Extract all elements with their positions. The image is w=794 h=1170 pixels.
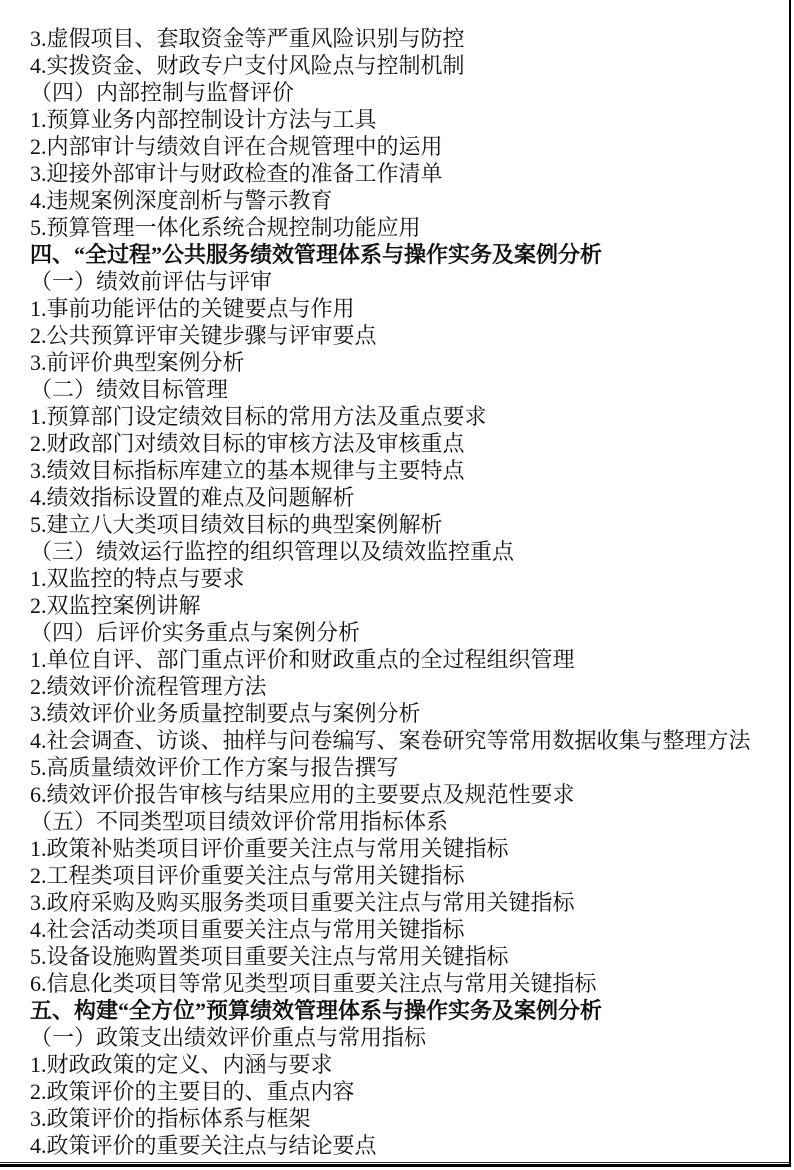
document-page: 3.虚假项目、套取资金等严重风险识别与防控4.实拨资金、财政专户支付风险点与控制… xyxy=(0,0,794,1170)
outline-line: 3.前评价典型案例分析 xyxy=(30,349,780,376)
outline-line: 5.设备设施购置类项目重要关注点与常用关键指标 xyxy=(30,943,780,970)
outline-line: 1.财政政策的定义、内涵与要求 xyxy=(30,1051,780,1078)
outline-line: 4.政策评价的重要关注点与结论要点 xyxy=(30,1132,780,1159)
outline-line: 3.政府采购及购买服务类项目重要关注点与常用关键指标 xyxy=(30,889,780,916)
outline-line: 5.高质量绩效评价工作方案与报告撰写 xyxy=(30,754,780,781)
outline-line: （一）政策支出绩效评价重点与常用指标 xyxy=(30,1024,780,1051)
outline-line: 3.绩效评价业务质量控制要点与案例分析 xyxy=(30,700,780,727)
outline-line: 4.实拨资金、财政专户支付风险点与控制机制 xyxy=(30,52,780,79)
document-outline: 3.虚假项目、套取资金等严重风险识别与防控4.实拨资金、财政专户支付风险点与控制… xyxy=(30,25,780,1159)
outline-line: 2.双监控案例讲解 xyxy=(30,592,780,619)
outline-line: 6.绩效评价报告审核与结果应用的主要要点及规范性要求 xyxy=(30,781,780,808)
outline-line: （二）绩效目标管理 xyxy=(30,376,780,403)
outline-line: （一）绩效前评估与评审 xyxy=(30,268,780,295)
outline-line: 1.预算部门设定绩效目标的常用方法及重点要求 xyxy=(30,403,780,430)
outline-line: 1.预算业务内部控制设计方法与工具 xyxy=(30,106,780,133)
outline-line: 2.工程类项目评价重要关注点与常用关键指标 xyxy=(30,862,780,889)
outline-line: 2.公共预算评审关键步骤与评审要点 xyxy=(30,322,780,349)
outline-line: 6.信息化类项目等常见类型项目重要关注点与常用关键指标 xyxy=(30,970,780,997)
outline-line: 4.违规案例深度剖析与警示教育 xyxy=(30,187,780,214)
outline-line: 4.绩效指标设置的难点及问题解析 xyxy=(30,484,780,511)
outline-line: 2.绩效评价流程管理方法 xyxy=(30,673,780,700)
outline-line: 4.社会调查、访谈、抽样与问卷编写、案卷研究等常用数据收集与整理方法 xyxy=(30,727,780,754)
outline-line: （四）后评价实务重点与案例分析 xyxy=(30,619,780,646)
page-right-border xyxy=(789,0,791,1167)
outline-line: （四）内部控制与监督评价 xyxy=(30,79,780,106)
outline-line: 3.绩效目标指标库建立的基本规律与主要特点 xyxy=(30,457,780,484)
outline-line: 5.建立八大类项目绩效目标的典型案例解析 xyxy=(30,511,780,538)
outline-line: 1.单位自评、部门重点评价和财政重点的全过程组织管理 xyxy=(30,646,780,673)
section-heading: 五、构建“全方位”预算绩效管理体系与操作实务及案例分析 xyxy=(30,997,780,1024)
outline-line: （三）绩效运行监控的组织管理以及绩效监控重点 xyxy=(30,538,780,565)
outline-line: 3.虚假项目、套取资金等严重风险识别与防控 xyxy=(30,25,780,52)
section-heading: 四、“全过程”公共服务绩效管理体系与操作实务及案例分析 xyxy=(30,241,780,268)
outline-line: （五）不同类型项目绩效评价常用指标体系 xyxy=(30,808,780,835)
outline-line: 2.内部审计与绩效自评在合规管理中的运用 xyxy=(30,133,780,160)
outline-line: 1.政策补贴类项目评价重要关注点与常用关键指标 xyxy=(30,835,780,862)
outline-line: 3.迎接外部审计与财政检查的准备工作清单 xyxy=(30,160,780,187)
outline-line: 5.预算管理一体化系统合规控制功能应用 xyxy=(30,214,780,241)
page-bottom-border-thin xyxy=(0,1162,791,1163)
outline-line: 2.财政部门对绩效目标的审核方法及审核重点 xyxy=(30,430,780,457)
outline-line: 3.政策评价的指标体系与框架 xyxy=(30,1105,780,1132)
outline-line: 1.双监控的特点与要求 xyxy=(30,565,780,592)
outline-line: 1.事前功能评估的关键要点与作用 xyxy=(30,295,780,322)
page-bottom-border-thick xyxy=(0,1164,791,1167)
outline-line: 4.社会活动类项目重要关注点与常用关键指标 xyxy=(30,916,780,943)
outline-line: 2.政策评价的主要目的、重点内容 xyxy=(30,1078,780,1105)
